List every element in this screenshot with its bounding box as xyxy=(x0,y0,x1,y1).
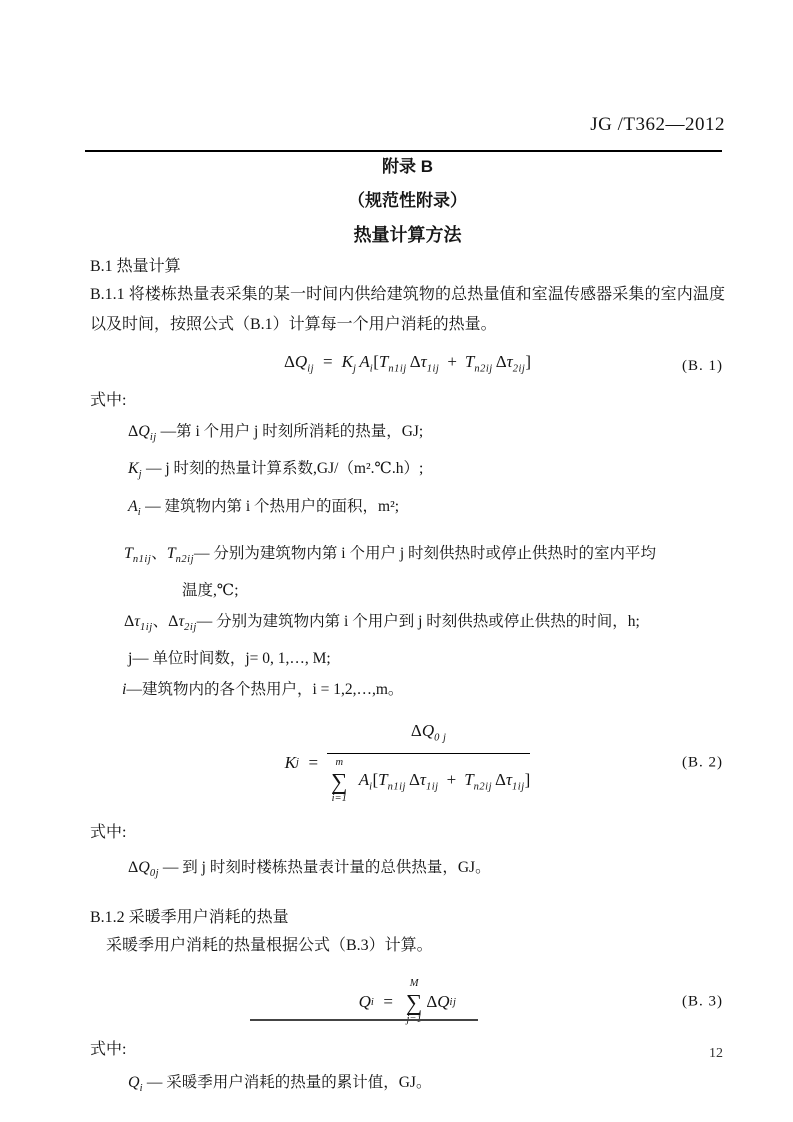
def-qi: Qi — 采暖季用户消耗的热量的累计值，GJ。 xyxy=(90,1067,725,1104)
page-content: 附录 B （规范性附录） 热量计算方法 B.1 热量计算 B.1.1 将楼栋热量… xyxy=(90,152,725,1104)
method-title: 热量计算方法 xyxy=(90,222,725,248)
def8-delta: Δ xyxy=(128,859,138,876)
def8-text: 到 j 时刻时楼栋热量表计量的总供热量，GJ。 xyxy=(182,859,490,876)
def5-text: 分别为建筑物内第 i 个用户到 j 时刻供热或停止供热的时间，h; xyxy=(216,613,640,630)
def5-dash: — xyxy=(197,613,213,630)
f1-delta: Δ xyxy=(284,352,295,371)
def-i: i—建筑物内的各个热用户，i = 1,2,…,m。 xyxy=(90,674,725,705)
def1-dash: — xyxy=(161,423,177,440)
f2-sum-top: m xyxy=(335,758,343,769)
def3-dash: — xyxy=(145,498,161,515)
f1-t1: T xyxy=(379,352,388,371)
appendix-title: 附录 B xyxy=(90,154,725,180)
formula-b2: Kj= ΔQ0 j m ∑ i=1 Ai[Tn1ijΔτ1ij+Tn2ijΔτ1… xyxy=(90,721,725,804)
def5-d2: Δ xyxy=(168,613,178,630)
document-page: JG /T362—2012 附录 B （规范性附录） 热量计算方法 B.1 热量… xyxy=(0,0,793,1122)
f1-rbracket: ] xyxy=(525,352,531,371)
f2-denominator: m ∑ i=1 Ai[Tn1ijΔτ1ij+Tn2ijΔτ1ij] xyxy=(327,754,530,804)
f2-t1-sub: n1ij xyxy=(388,782,406,793)
def1-text: 第 i 个用户 j 时刻所消耗的热量，GJ; xyxy=(176,423,423,440)
sum-symbol: m ∑ i=1 xyxy=(331,758,347,804)
f2-t2-sub: n2ij xyxy=(474,782,492,793)
def8-sub: 0j xyxy=(150,868,159,879)
def7-text: 建筑物内的各个热用户，i = 1,2,…,m。 xyxy=(142,681,403,698)
def6-text: 单位时间数，j= 0, 1,…, M; xyxy=(152,650,330,667)
f2-k: K xyxy=(285,753,296,773)
where-label-3: 式中: xyxy=(90,1035,725,1065)
def-delta-qij: ΔQij —第 i 个用户 j 时刻所消耗的热量，GJ; xyxy=(90,416,725,453)
section-b12-heading: B.1.2 采暖季用户消耗的热量 xyxy=(90,905,725,931)
f2-tau1-sub: 1ij xyxy=(426,782,439,793)
formula-b1-label: (B. 1) xyxy=(682,351,723,381)
standard-code: JG /T362—2012 xyxy=(590,114,725,136)
def2-dash: — xyxy=(146,460,162,477)
f1-t1-sub: n1ij xyxy=(388,363,406,374)
f3-q: Q xyxy=(359,992,371,1012)
f1-k-sub: j xyxy=(353,363,356,374)
f1-t2: T xyxy=(465,352,474,371)
f2-tau2-sub: 1ij xyxy=(512,782,525,793)
def9-sub: i xyxy=(140,1083,143,1094)
def-j: j— 单位时间数，j= 0, 1,…, M; xyxy=(90,643,725,674)
def2-text: j 时刻的热量计算系数,GJ/（m².℃.h）; xyxy=(165,460,423,477)
f1-plus: + xyxy=(447,352,457,371)
def4-sym1: T xyxy=(124,545,133,562)
f1-a: A xyxy=(359,352,369,371)
f3-delta: Δ xyxy=(426,992,437,1012)
f2-equals: = xyxy=(308,753,318,773)
def5-sub1: 1ij xyxy=(140,622,153,633)
section-b1-heading: B.1 热量计算 xyxy=(90,254,725,280)
def-kj: Kj — j 时刻的热量计算系数,GJ/（m².℃.h）; xyxy=(90,453,725,490)
def8-q: Q xyxy=(138,859,150,876)
f1-tau2-sub: 2ij xyxy=(513,363,526,374)
f1-delta1: Δ xyxy=(410,352,421,371)
f1-t2-sub: n2ij xyxy=(474,363,492,374)
def5-d1: Δ xyxy=(124,613,134,630)
def4-sub2: n2ij xyxy=(176,554,194,565)
f2-a: A xyxy=(359,770,369,789)
def1-delta: Δ xyxy=(128,423,138,440)
f1-delta2: Δ xyxy=(496,352,507,371)
f2-delta2: Δ xyxy=(495,770,506,789)
normative-subtitle: （规范性附录） xyxy=(90,188,725,214)
def-tn1ij-tn2ij: Tn1ij、Tn2ij— 分别为建筑物内第 i 个用户 j 时刻供热时或停止供热… xyxy=(90,538,725,575)
f2-num-sub: 0 j xyxy=(434,732,446,743)
def5-comma: 、 xyxy=(153,613,169,630)
f1-tau1-sub: 1ij xyxy=(427,363,440,374)
def4-comma: 、 xyxy=(151,545,167,562)
f3-sum-top: M xyxy=(410,979,419,990)
formula-b3: Qi= M ∑ j=1 ΔQij (B. 3) xyxy=(90,971,725,1033)
f2-numerator: ΔQ0 j xyxy=(327,721,530,754)
def8-dash: — xyxy=(163,859,179,876)
formula-b2-label: (B. 2) xyxy=(682,754,723,771)
paragraph-b11: B.1.1 将楼栋热量表采集的某一时间内供给建筑物的总热量值和室温传感器采集的室… xyxy=(90,280,725,340)
def7-dash: — xyxy=(126,681,142,698)
def4-dash: — xyxy=(194,545,210,562)
f2-num-q: Q xyxy=(422,721,434,740)
def3-sub: i xyxy=(138,507,141,518)
sigma-icon: ∑ xyxy=(331,769,347,794)
where-label-2: 式中: xyxy=(90,818,725,848)
def5-sub2: 2ij xyxy=(184,622,197,633)
def3-text: 建筑物内第 i 个热用户的面积，m²; xyxy=(164,498,399,515)
def4-text2: 温度,℃; xyxy=(182,582,239,599)
f2-k-sub: j xyxy=(296,757,299,768)
def3-sym: A xyxy=(128,498,138,515)
def2-sym: K xyxy=(128,460,139,477)
def9-text: 采暖季用户消耗的热量的累计值，GJ。 xyxy=(166,1074,431,1091)
def4-sym2: T xyxy=(167,545,176,562)
def6-sym: j— xyxy=(128,650,148,667)
formula-b3-label: (B. 3) xyxy=(682,994,723,1011)
f3-dq-sub: ij xyxy=(450,997,457,1008)
f2-plus: + xyxy=(447,770,457,789)
f2-t1: T xyxy=(378,770,387,789)
f2-t2: T xyxy=(464,770,473,789)
end-of-document-rule xyxy=(250,1019,478,1021)
def-dtau1ij-dtau2ij: Δτ1ij、Δτ2ij— 分别为建筑物内第 i 个用户到 j 时刻供热或停止供热… xyxy=(90,606,725,643)
def9-sym: Q xyxy=(128,1074,140,1091)
formula-b1: ΔQij=KjAi[Tn1ijΔτ1ij+Tn2ijΔτ2ij] (B. 1) xyxy=(90,347,725,384)
def-delta-q0j: ΔQ0j — 到 j 时刻时楼栋热量表计量的总供热量，GJ。 xyxy=(90,852,725,889)
def-ai: Ai — 建筑物内第 i 个热用户的面积，m²; xyxy=(90,491,725,528)
f3-equals: = xyxy=(383,992,393,1012)
def4-sub1: n1ij xyxy=(133,554,151,565)
f2-delta1: Δ xyxy=(409,770,420,789)
where-label-1: 式中: xyxy=(90,386,725,416)
paragraph-b12: 采暖季用户消耗的热量根据公式（B.3）计算。 xyxy=(90,931,725,961)
f1-equals: = xyxy=(323,352,333,371)
def1-sub: ij xyxy=(150,432,157,443)
def1-q: Q xyxy=(138,423,150,440)
page-number: 12 xyxy=(709,1046,723,1062)
def9-dash: — xyxy=(147,1074,163,1091)
def-tn-continuation: 温度,℃; xyxy=(90,575,725,606)
f3-dq: Q xyxy=(437,992,449,1012)
f2-fraction: ΔQ0 j m ∑ i=1 Ai[Tn1ijΔτ1ij+Tn2ijΔτ1ij] xyxy=(327,721,530,804)
def2-sub: j xyxy=(139,470,142,481)
f1-q: Q xyxy=(295,352,307,371)
f1-q-sub: ij xyxy=(307,363,314,374)
def4-text1: 分别为建筑物内第 i 个用户 j 时刻供热时或停止供热时的室内平均 xyxy=(213,545,656,562)
f3-q-sub: i xyxy=(371,997,374,1008)
f1-k: K xyxy=(342,352,353,371)
f2-rbracket: ] xyxy=(525,770,531,789)
sigma-icon-b3: ∑ xyxy=(406,990,422,1015)
f2-sum-bottom: i=1 xyxy=(332,794,347,805)
f2-num-delta: Δ xyxy=(411,721,422,740)
